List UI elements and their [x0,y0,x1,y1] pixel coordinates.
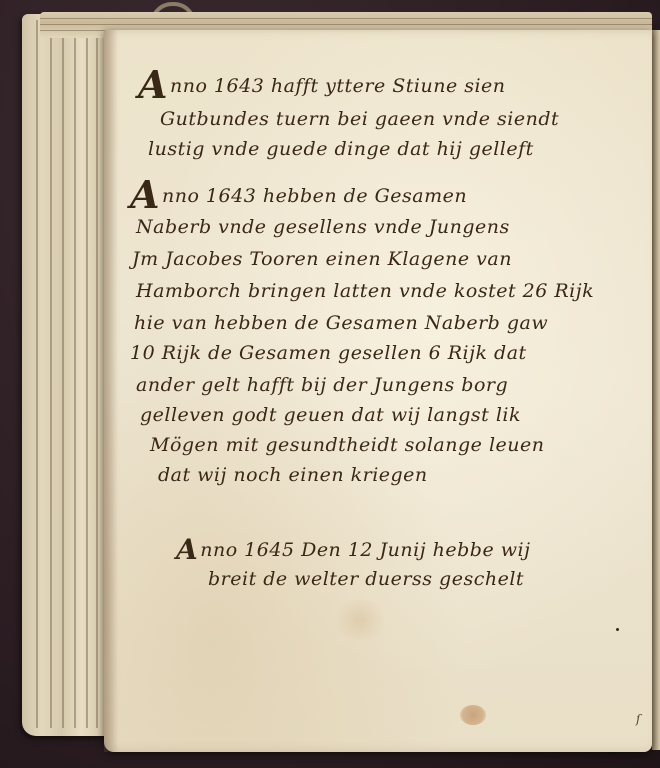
paper-stain [330,600,390,640]
handwritten-line: Hamborch bringen latten vnde kostet 26 R… [136,282,594,301]
handwritten-line: Gutbundes tuern bei gaeen vnde siendt [160,110,559,129]
handwritten-line: hie van hebben de Gesamen Naberb gaw [134,314,548,333]
ink-dot [616,628,619,631]
handwritten-line: ander gelt hafft bij der Jungens borg [136,376,508,395]
handwritten-line: Mögen mit gesundtheidt solange leuen [150,436,544,455]
handwritten-line: Anno 1643 hebben de Gesamen [130,176,467,214]
paper-stain [460,705,486,725]
handwritten-line: Anno 1643 hafft yttere Stiune sien [138,66,506,104]
entry-initial: A [176,533,198,566]
handwritten-line: 10 Rijk de Gesamen gesellen 6 Rijk dat [130,344,527,363]
handwritten-line: Anno 1645 Den 12 Junij hebbe wij [176,536,530,564]
handwritten-line: lustig vnde guede dinge dat hij gelleft [148,140,534,159]
page-edge-right [652,30,660,750]
entry-initial: A [130,172,160,217]
handwritten-line: breit de welter duerss geschelt [208,570,524,589]
handwritten-line: Naberb vnde gesellens vnde Jungens [136,218,510,237]
handwritten-line: Jm Jacobes Tooren einen Klagene van [132,250,512,269]
handwritten-line: gelleven godt geuen dat wij langst lik [140,406,521,425]
manuscript-photo: Anno 1643 hafft yttere Stiune sien Gutbu… [0,0,660,768]
handwritten-line: dat wij noch einen kriegen [158,466,428,485]
folio-mark: ſ [636,712,640,726]
entry-initial: A [138,62,168,107]
